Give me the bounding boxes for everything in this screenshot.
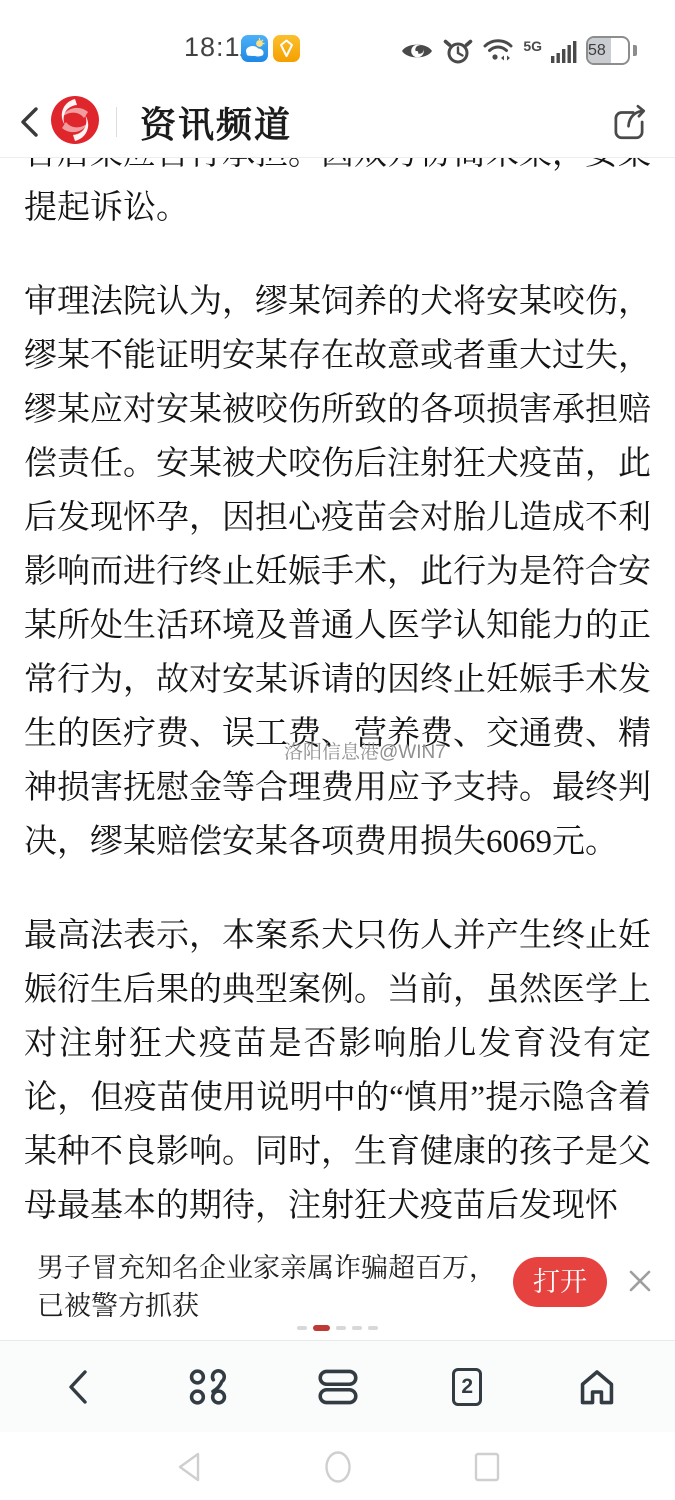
recents-square-icon <box>474 1452 500 1482</box>
android-recents-button[interactable] <box>464 1447 510 1487</box>
dot <box>297 1326 307 1330</box>
dot <box>368 1326 378 1330</box>
home-icon <box>577 1367 617 1407</box>
apps-menu-icon <box>188 1367 228 1407</box>
toolbar-home-button[interactable] <box>567 1357 627 1417</box>
header-divider <box>116 107 117 137</box>
ifeng-logo <box>50 95 100 145</box>
page-title: 资讯频道 <box>140 97 292 148</box>
back-button[interactable] <box>16 105 44 139</box>
battery-percent: 58 <box>588 42 606 59</box>
tab-count: 2 <box>461 1375 473 1399</box>
eye-protection-icon <box>400 39 434 63</box>
ad-text-line1: 男子冒充知名企业家亲属诈骗超百万， <box>37 1249 497 1287</box>
home-circle-icon <box>324 1450 352 1484</box>
back-icon <box>63 1367 93 1407</box>
ad-text[interactable]: 男子冒充知名企业家亲属诈骗超百万， 已被警方抓获 <box>37 1249 497 1325</box>
signal-bars-icon <box>551 38 577 64</box>
alarm-icon <box>443 37 473 65</box>
toolbar-tabs-button[interactable]: 2 <box>437 1357 497 1417</box>
ad-text-line2: 已被警方抓获 <box>37 1287 497 1325</box>
share-button[interactable] <box>608 101 650 143</box>
weather-app-icon <box>241 35 268 62</box>
android-home-button[interactable] <box>315 1447 361 1487</box>
toolbar-reader-list-button[interactable] <box>308 1357 368 1417</box>
reader-list-icon <box>318 1369 358 1405</box>
android-nav-bar <box>0 1433 675 1500</box>
wifi-icon <box>482 37 514 64</box>
watermark: 洛阳信息港@WIN7 <box>284 737 446 764</box>
back-triangle-icon <box>177 1451 201 1483</box>
share-icon <box>608 101 650 143</box>
article-body: 害后果应自行承担。因双方协商未果，安某提起诉讼。 审理法院认为，缪某饲养的犬将安… <box>24 157 651 1241</box>
android-back-button[interactable] <box>166 1447 212 1487</box>
network-label: 5G <box>523 39 542 53</box>
status-bar: 18:11 <box>0 0 675 85</box>
app-bar: 资讯频道 <box>0 85 675 158</box>
ad-banner: 男子冒充知名企业家亲属诈骗超百万， 已被警方抓获 打开 <box>0 1243 675 1323</box>
dot <box>352 1326 362 1330</box>
toolbar-apps-menu-button[interactable] <box>178 1357 238 1417</box>
browser-toolbar: 2 <box>0 1340 675 1432</box>
status-icons: 5G 58 <box>400 36 637 65</box>
ad-close-button[interactable] <box>627 1268 653 1294</box>
tabs-icon: 2 <box>452 1368 482 1406</box>
article-paragraph-clipped: 害后果应自行承担。因双方协商未果，安某提起诉讼。 <box>24 157 651 235</box>
gem-app-icon <box>273 35 300 62</box>
battery-nub <box>633 45 637 56</box>
dot <box>336 1326 346 1330</box>
pagination-dots <box>0 1322 675 1334</box>
dot-active <box>313 1325 330 1331</box>
article-paragraph: 审理法院认为，缪某饲养的犬将安某咬伤，缪某不能证明安某存在故意或者重大过失，缪某… <box>24 275 651 869</box>
back-icon <box>17 105 43 139</box>
article-paragraph: 最高法表示，本案系犬只伤人并产生终止妊娠衍生后果的典型案例。当前，虽然医学上对注… <box>24 909 651 1233</box>
toolbar-back-button[interactable] <box>48 1357 108 1417</box>
ad-open-button[interactable]: 打开 <box>513 1257 607 1307</box>
close-icon <box>627 1268 653 1294</box>
battery-icon: 58 <box>586 36 630 65</box>
phone-screen: 18:11 <box>0 0 675 1500</box>
